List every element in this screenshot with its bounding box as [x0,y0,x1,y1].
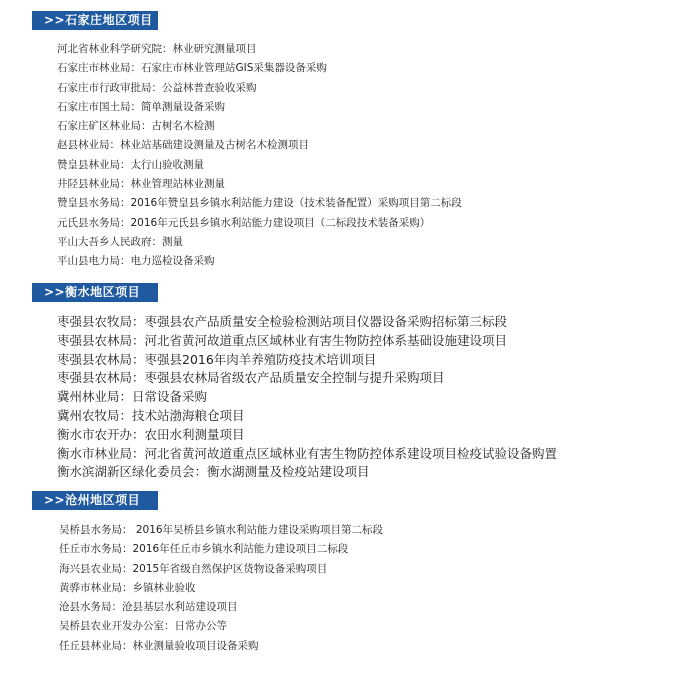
list-item: 衡水滨湖新区绿化委员会：衡水湖测量及检疫站建设项目 [57,463,557,482]
list-item: 冀州林业局：日常设备采购 [57,388,557,407]
list-item: 赵县林业局：林业站基础建设测量及古树名木检测项目 [57,136,462,155]
list-item: 元氏县水务局：2016年元氏县乡镇水利站能力建设项目（二标段技术装备采购） [57,214,462,233]
section-header-hengshui: >>衡水地区项目 [32,283,158,302]
list-item: 河北省林业科学研究院：林业研究测量项目 [57,40,462,59]
list-item: 平山县电力局：电力巡检设备采购 [57,252,462,271]
list-item: 石家庄市行政审批局：公益林普查验收采购 [57,79,462,98]
list-item: 石家庄市国土局：简单测量设备采购 [57,98,462,117]
list-item: 枣强县农牧局：枣强县农产品质量安全检验检测站项目仪器设备采购招标第三标段 [57,313,557,332]
project-list-hengshui: 枣强县农牧局：枣强县农产品质量安全检验检测站项目仪器设备采购招标第三标段 枣强县… [57,313,557,482]
project-list-shijiazhuang: 河北省林业科学研究院：林业研究测量项目 石家庄市林业局：石家庄市林业管理站GIS… [57,40,462,272]
list-item: 石家庄市林业局：石家庄市林业管理站GIS采集器设备采购 [57,59,462,78]
project-list-cangzhou: 吴桥县水务局： 2016年吴桥县乡镇水利站能力建设采购项目第二标段 任丘市水务局… [59,521,383,656]
list-item: 枣强县农林局：河北省黄河故道重点区域林业有害生物防控体系基础设施建设项目 [57,332,557,351]
list-item: 衡水市林业局：河北省黄河故道重点区域林业有害生物防控体系建设项目检疫试验设备购置 [57,445,557,464]
list-item: 吴桥县水务局： 2016年吴桥县乡镇水利站能力建设采购项目第二标段 [59,521,383,540]
list-item: 任丘市水务局：2016年任丘市乡镇水利站能力建设项目二标段 [59,540,383,559]
list-item: 赞皇县水务局：2016年赞皇县乡镇水利站能力建设（技术装备配置）采购项目第二标段 [57,194,462,213]
list-item: 枣强县农林局：枣强县2016年肉羊养殖防疫技术培训项目 [57,351,557,370]
list-item: 冀州农牧局：技术站渤海粮仓项目 [57,407,557,426]
list-item: 任丘县林业局：林业测量验收项目设备采购 [59,637,383,656]
list-item: 黄骅市林业局：乡镇林业验收 [59,579,383,598]
list-item: 井陉县林业局：林业管理站林业测量 [57,175,462,194]
list-item: 枣强县农林局：枣强县农林局省级农产品质量安全控制与提升采购项目 [57,369,557,388]
list-item: 海兴县农业局：2015年省级自然保护区货物设备采购项目 [59,560,383,579]
list-item: 平山大吾乡人民政府：测量 [57,233,462,252]
list-item: 吴桥县农业开发办公室：日常办公等 [59,617,383,636]
section-header-cangzhou: >>沧州地区项目 [32,491,158,510]
section-header-shijiazhuang: >>石家庄地区项目 [32,11,158,30]
list-item: 赞皇县林业局：太行山验收测量 [57,156,462,175]
list-item: 衡水市农开办：农田水利测量项目 [57,426,557,445]
list-item: 沧县水务局：沧县基层水利站建设项目 [59,598,383,617]
list-item: 石家庄矿区林业局：古树名木检测 [57,117,462,136]
